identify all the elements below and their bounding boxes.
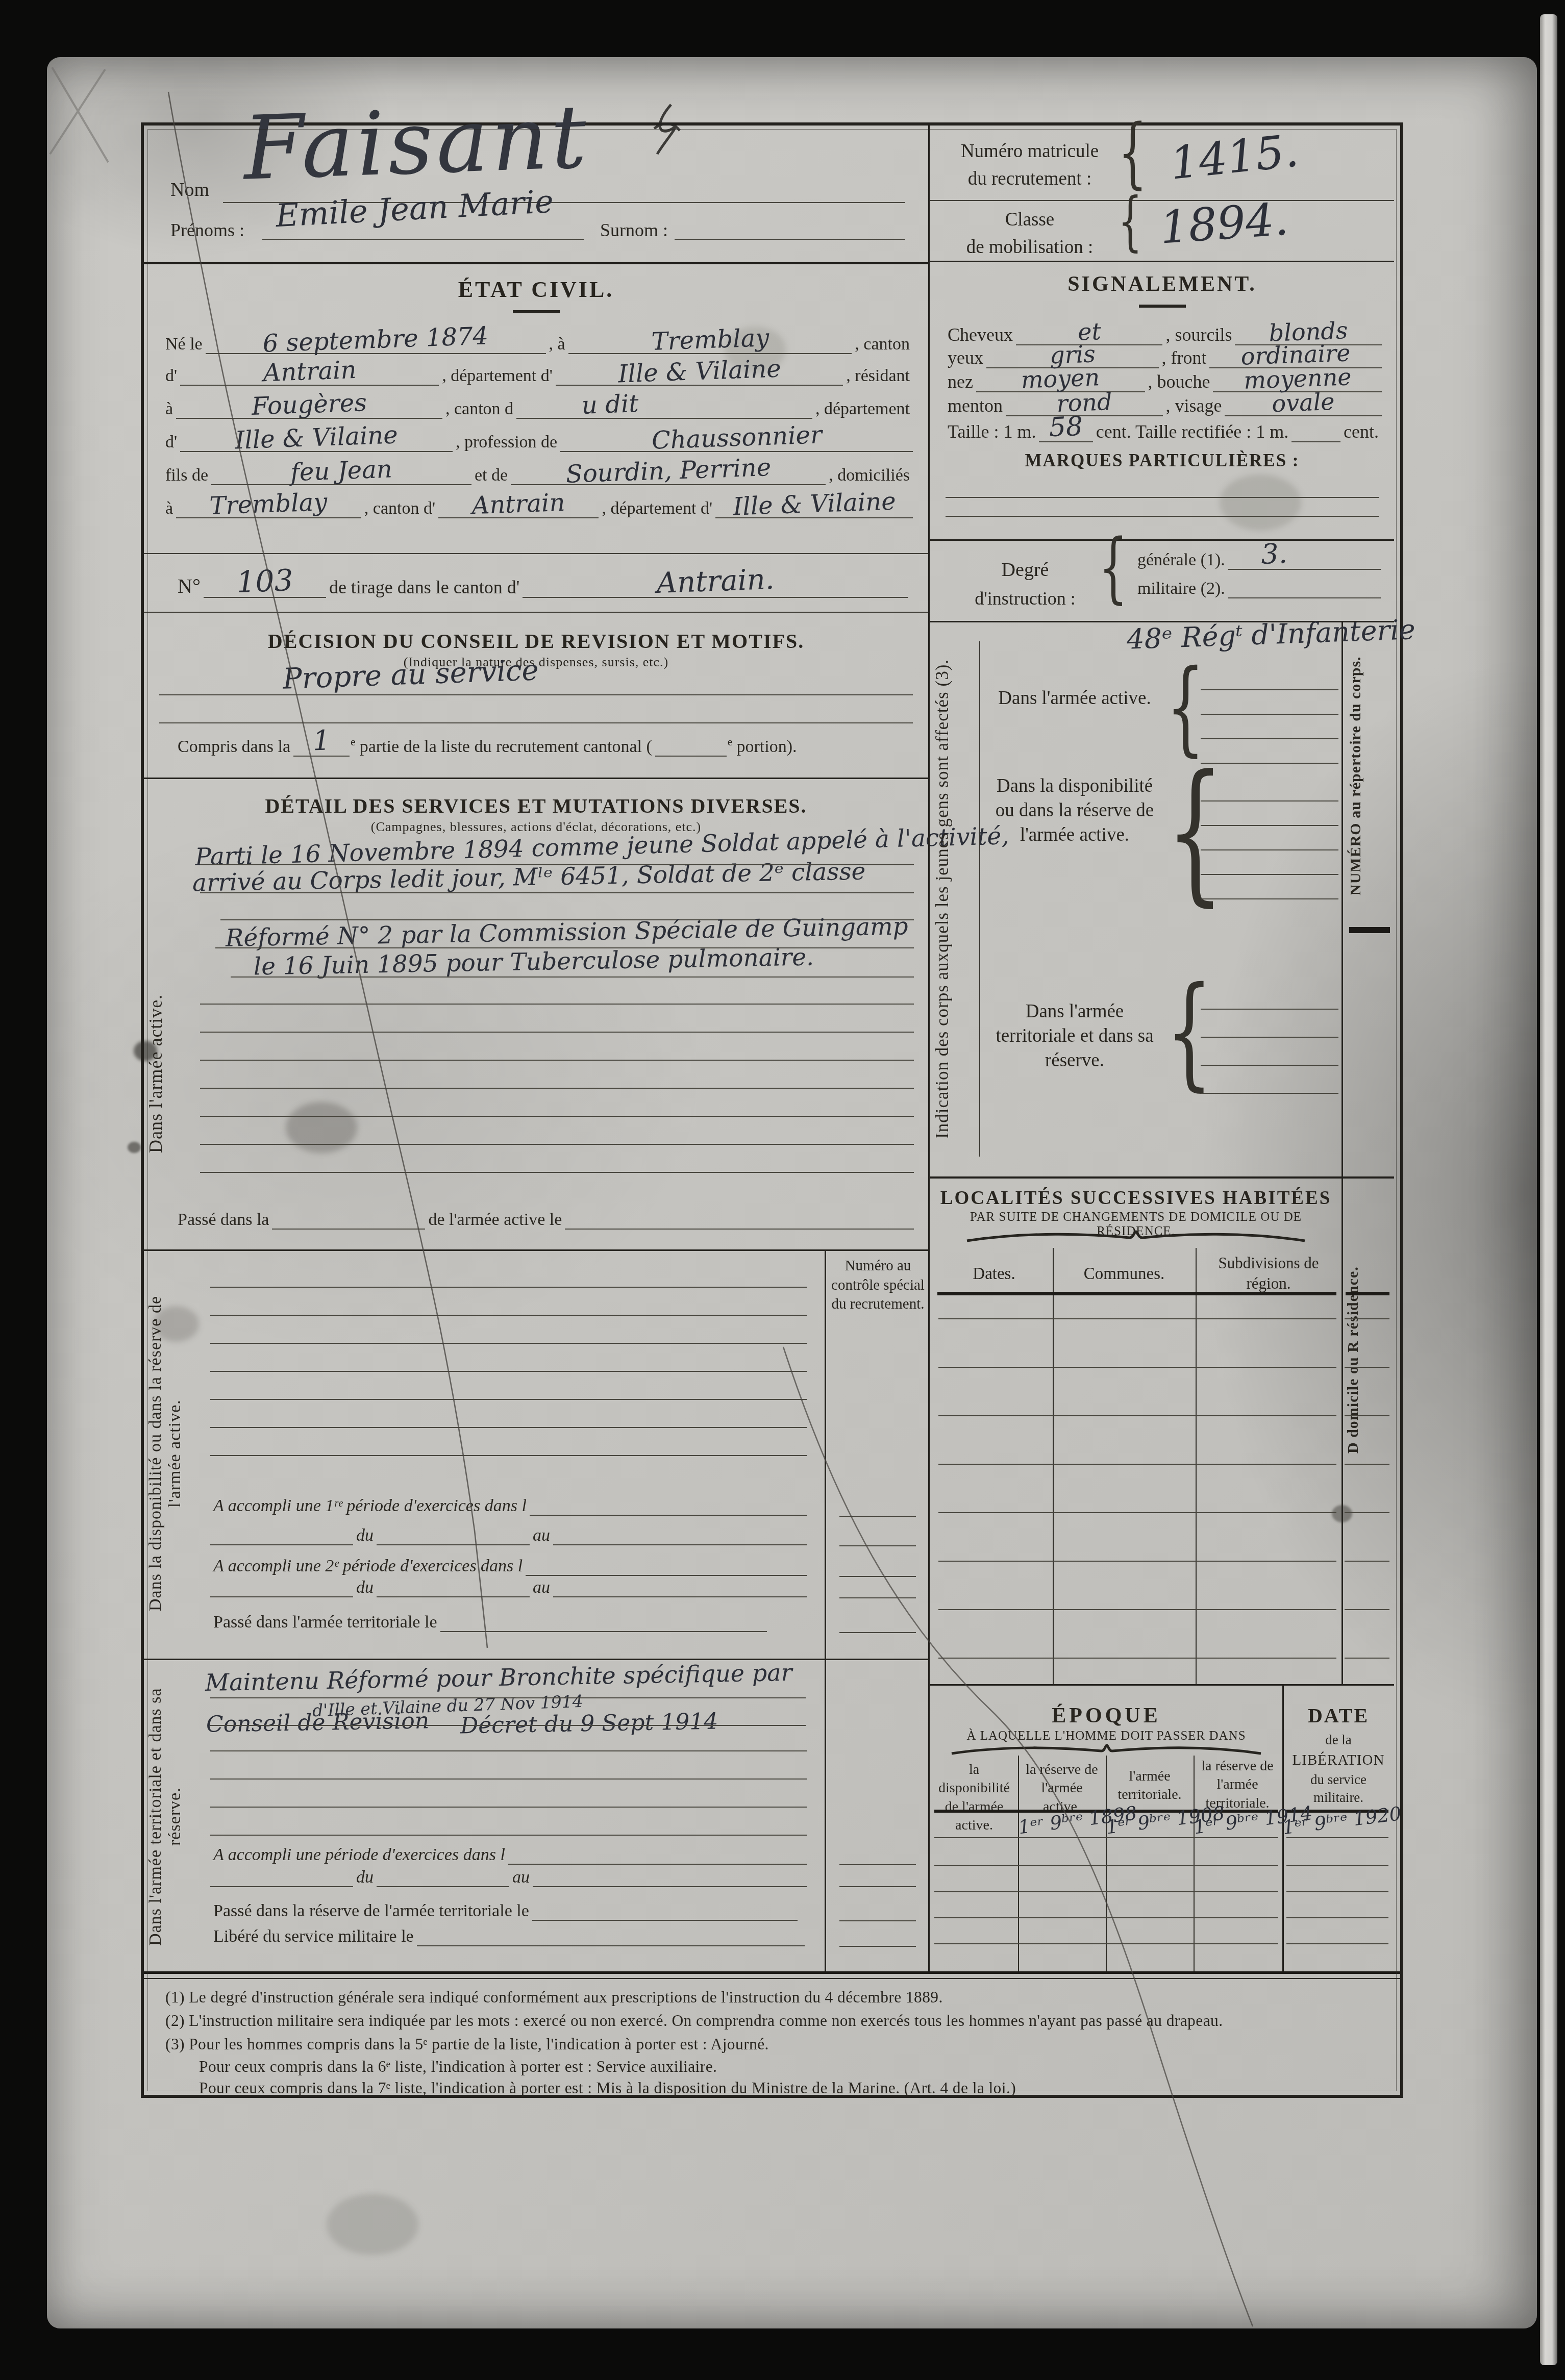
rule-line	[934, 1943, 1278, 1944]
rule-line	[1345, 1464, 1389, 1465]
corps-group3-label: Dans l'armée territoriale et dans sa rés…	[985, 999, 1164, 1073]
etat-civil-row: d' Antrain , département d' Ille & Vilai…	[162, 354, 913, 386]
label: au	[530, 1578, 553, 1597]
side-rule	[979, 641, 980, 1157]
footnote-4: Pour ceux compris dans la 6ᵉ liste, l'in…	[199, 2058, 717, 2076]
hand-value: 6 septembre 1874	[262, 323, 489, 356]
label: et de	[471, 466, 511, 485]
du-au-row: du au	[210, 1519, 807, 1545]
du-au-row: du au	[210, 1571, 807, 1597]
rule-line	[210, 1750, 807, 1751]
label: Passé dans la réserve de l'armée territo…	[210, 1901, 532, 1921]
rule-line	[1345, 1415, 1389, 1416]
stain	[327, 2194, 418, 2255]
rule-line	[210, 1287, 807, 1288]
label: , canton	[852, 335, 913, 354]
rule-line	[839, 1576, 916, 1577]
fill	[272, 1229, 425, 1230]
periode1-row: A accompli une 1ʳᵉ période d'exercices d…	[210, 1487, 807, 1516]
rule-line	[1201, 1065, 1338, 1066]
rule-line	[200, 1172, 914, 1173]
rule-line	[839, 1864, 916, 1865]
corps-group1-label: Dans l'armée active.	[985, 686, 1164, 711]
fill	[210, 1596, 353, 1597]
footnote-1: (1) Le degré d'instruction générale sera…	[165, 1988, 943, 2007]
rule-line	[1286, 1891, 1388, 1892]
ruled-lines	[946, 261, 1379, 539]
rule-line	[934, 1865, 1278, 1866]
label: d'	[162, 366, 180, 386]
rule-line	[159, 722, 913, 723]
label: , département	[812, 399, 913, 419]
classe-block: Classe de mobilisation : { 1894.	[930, 200, 1394, 262]
label: Numéro matricule	[946, 138, 1114, 165]
label: fils de	[162, 466, 211, 485]
superscript: e	[727, 735, 734, 748]
label: à	[162, 399, 176, 419]
rule-line	[200, 1088, 914, 1089]
label: au	[530, 1526, 553, 1545]
rule-line	[1201, 1093, 1338, 1094]
ruled-lines	[938, 1176, 1336, 1684]
label: du	[353, 1868, 377, 1887]
rule-line	[938, 1561, 1336, 1562]
rule-line	[262, 239, 584, 240]
fill	[377, 1544, 530, 1545]
rule-line	[839, 1545, 916, 1546]
hand-value: Sourdin, Perrine	[565, 455, 772, 487]
fill	[210, 1544, 353, 1545]
rule-line	[839, 1920, 916, 1921]
degre-section: Degré d'instruction : { générale (1). 3.…	[930, 539, 1394, 622]
fill	[440, 1631, 767, 1632]
label: Passé dans l'armée territoriale le	[210, 1613, 440, 1632]
prenoms-label: Prénoms :	[167, 219, 247, 241]
hand-value: Tremblay	[209, 490, 328, 518]
rule-line	[200, 1060, 914, 1061]
label: à	[162, 499, 176, 518]
services-section: DÉTAIL DES SERVICES ET MUTATIONS DIVERSE…	[144, 778, 928, 1251]
footnote-3: (3) Pour les hommes compris dans la 5ᵉ p…	[165, 2035, 769, 2053]
rule-line	[200, 1116, 914, 1117]
label: de tirage dans le canton d'	[326, 577, 523, 598]
label: A accompli une 1ʳᵉ période d'exercices d…	[210, 1496, 530, 1516]
fill: Antrain	[438, 517, 599, 518]
rule-line	[839, 1632, 916, 1633]
brace-icon: {	[1099, 538, 1128, 598]
hand-value: Antrain	[263, 358, 357, 385]
passe-active-row: Passé dans la de l'armée active le	[175, 1200, 914, 1230]
rule-line	[675, 239, 905, 240]
fill: Fougères	[176, 418, 442, 419]
disponibilite-side-label: Dans la disponibilité ou dans la réserve…	[146, 1280, 195, 1627]
rule-line	[934, 1891, 1278, 1892]
fill: 1	[293, 756, 350, 757]
fill	[1228, 597, 1381, 598]
degre-label: Degré d'instruction :	[949, 556, 1102, 612]
fill	[530, 1515, 807, 1516]
label: Classe	[946, 206, 1114, 234]
rule-line	[144, 1978, 1400, 1979]
label: , à	[546, 335, 568, 354]
rule-line	[210, 1399, 807, 1400]
label: N°	[175, 574, 204, 598]
fill	[377, 1886, 509, 1887]
name-block: Nom Faisant Prénoms : Emile Jean Marie S…	[144, 126, 928, 264]
rule-line	[210, 1315, 807, 1316]
ruled-lines	[200, 778, 914, 1249]
numero-repertoire-label: NUMÉRO au répertoire du corps.	[1347, 633, 1391, 919]
rule-line	[1201, 1037, 1338, 1038]
rule-line	[938, 1658, 1336, 1659]
fill: Chaussonnier	[560, 451, 913, 452]
hand-value: Ille & Vilaine	[617, 356, 781, 386]
fill	[417, 1945, 805, 1946]
label: , département d'	[439, 366, 556, 386]
hand-value: 1	[312, 726, 331, 755]
rule-line	[1345, 1609, 1389, 1610]
fill	[655, 756, 727, 757]
ink-spot	[128, 1142, 141, 1153]
degre-generale-row: générale (1). 3.	[1134, 544, 1381, 570]
label: du	[353, 1526, 377, 1545]
etat-civil-row: fils de feu Jean et de Sourdin, Perrine …	[162, 454, 913, 485]
fill	[553, 1596, 807, 1597]
rule-line	[210, 1835, 807, 1836]
hand-value: 103	[236, 565, 294, 597]
decision-value: Propre au service	[282, 656, 539, 693]
column-border	[1342, 1176, 1343, 1684]
label: Libéré du service militaire le	[210, 1927, 417, 1946]
label: , résidant	[843, 366, 913, 386]
etat-civil-row: d' Ille & Vilaine , profession de Chauss…	[162, 420, 913, 452]
book-page-edge	[1540, 14, 1557, 2365]
decision-section: DÉCISION DU CONSEIL DE REVISION ET MOTIF…	[144, 612, 928, 779]
libere-row: Libéré du service militaire le	[210, 1919, 807, 1946]
fill: Ille & Vilaine	[556, 385, 843, 386]
label: , canton d	[442, 399, 516, 419]
label: portion).	[734, 737, 800, 757]
corps-group2-label: Dans la disponibilité ou dans la réserve…	[985, 774, 1164, 847]
corps-section: Indication des corps auxquels les jeunes…	[930, 621, 1394, 1179]
ruled-lines	[1345, 1176, 1389, 1684]
numero-controle-column: Numéro au contrôle spécial du recrutemen…	[825, 1249, 930, 1659]
fill: 3.	[1228, 569, 1381, 570]
passe-territoriale-row: Passé dans l'armée territoriale le	[210, 1604, 807, 1632]
ruled-lines	[1286, 1684, 1388, 1971]
brace-icon: {	[1118, 123, 1147, 183]
rule-line	[1345, 1512, 1389, 1513]
fill: Sourdin, Perrine	[511, 484, 826, 485]
ruled-lines	[934, 1684, 1278, 1971]
scanned-document: Nom Faisant Prénoms : Emile Jean Marie S…	[0, 0, 1565, 2380]
rule-line	[839, 1597, 916, 1598]
rule-line	[938, 1464, 1336, 1465]
fill: Antrain.	[523, 597, 908, 598]
rule-line	[938, 1367, 1336, 1368]
rule-line	[210, 1778, 807, 1780]
hand-value: Antrain.	[656, 565, 775, 598]
rule-line	[210, 1807, 807, 1808]
rule-line	[210, 1371, 807, 1372]
rule-line	[210, 1455, 807, 1456]
column-divider	[928, 126, 930, 1971]
hand-value: u dit	[581, 391, 639, 418]
matricule-value: 1415.	[1168, 128, 1301, 186]
classe-label: Classe de mobilisation :	[946, 206, 1114, 261]
label: , domiciliés	[826, 466, 913, 485]
rule-line	[1345, 1561, 1389, 1562]
fill: Antrain	[180, 385, 439, 386]
label: Compris dans la	[175, 737, 293, 757]
rule-line	[1286, 1943, 1388, 1944]
label: , profession de	[453, 433, 560, 452]
hand-value: Tremblay	[651, 325, 769, 354]
fill	[210, 1886, 353, 1887]
tirage-row: N° 103 de tirage dans le canton d' Antra…	[175, 565, 908, 598]
rule-line	[1201, 1009, 1338, 1010]
etat-civil-title: ÉTAT CIVIL.	[144, 277, 928, 303]
territoriale-section: Dans l'armée territoriale et dans sa rés…	[144, 1659, 928, 1971]
footnote-5: Pour ceux compris dans la 7ᵉ liste, l'in…	[199, 2079, 1016, 2097]
numero-controle-header: Numéro au contrôle spécial du recrutemen…	[830, 1257, 926, 1314]
rule-line	[946, 497, 1379, 498]
rule-line	[1286, 1917, 1388, 1918]
fill	[565, 1229, 914, 1230]
label: de l'armée active le	[425, 1210, 565, 1230]
rule-line	[210, 1343, 807, 1344]
services-side-label: Dans l'armée active.	[145, 931, 177, 1216]
label: Passé dans la	[175, 1210, 272, 1230]
rule-line	[159, 694, 913, 695]
nom-label: Nom	[167, 179, 212, 201]
etat-civil-row: Né le 6 septembre 1874 , à Tremblay , ca…	[162, 322, 913, 354]
footnote-2: (2) L'instruction militaire sera indiqué…	[165, 2012, 1223, 2030]
hand-value: Chaussonnier	[651, 422, 822, 453]
periode-row: A accompli une période d'exercices dans …	[210, 1837, 807, 1865]
fill: 103	[204, 597, 326, 598]
hand-value: Ille & Vilaine	[235, 422, 399, 453]
rule-line	[938, 1512, 1336, 1513]
superscript: e	[350, 735, 357, 748]
fill	[553, 1544, 807, 1545]
hand-value: Antrain	[471, 490, 565, 518]
label: , département d'	[599, 499, 715, 518]
fiche-matricule-form: Nom Faisant Prénoms : Emile Jean Marie S…	[141, 122, 1403, 2098]
title-rule	[513, 310, 560, 313]
degre-militaire-row: militaire (2).	[1134, 573, 1381, 598]
label: Degré	[949, 556, 1102, 585]
rule-line	[210, 1427, 807, 1428]
matricule-label: Numéro matricule du recrutement :	[946, 138, 1114, 192]
hand-value: 3.	[1260, 540, 1287, 568]
hand-value: feu Jean	[290, 457, 392, 485]
corps-side-label: Indication des corps auxquels les jeunes…	[932, 636, 962, 1162]
fill: Ille & Vilaine	[715, 517, 913, 518]
matricule-block: Numéro matricule du recrutement : { 1415…	[930, 126, 1394, 201]
rule-line	[200, 1144, 914, 1145]
nom-value: Faisant	[242, 93, 591, 193]
brace-icon: {	[1166, 668, 1205, 747]
rule-line	[200, 1032, 914, 1033]
etat-civil-row: à Fougères , canton d u dit , départemen…	[162, 387, 913, 419]
passe-reserve-row: Passé dans la réserve de l'armée territo…	[210, 1893, 807, 1921]
tirage-section: N° 103 de tirage dans le canton d' Antra…	[144, 553, 928, 613]
localites-section: LOCALITÉS SUCCESSIVES HABITÉES PAR SUITE…	[930, 1176, 1394, 1686]
numero-controle-column	[825, 1659, 930, 1971]
compris-row: Compris dans la 1 e partie de la liste d…	[175, 728, 908, 757]
ruled-lines	[1201, 621, 1338, 1176]
disponibilite-section: Dans la disponibilité ou dans la réserve…	[144, 1249, 928, 1660]
rule-line	[938, 1318, 1336, 1319]
etat-civil-section: ÉTAT CIVIL. Né le 6 septembre 1874 , à T…	[144, 262, 928, 554]
rule-line	[946, 516, 1379, 517]
fill: Ille & Vilaine	[180, 451, 453, 452]
etat-civil-row: à Tremblay , canton d' Antrain , départe…	[162, 487, 913, 518]
fill	[533, 1886, 807, 1887]
label: militaire (2).	[1134, 579, 1228, 598]
surnom-label: Surnom :	[597, 219, 671, 241]
rule-line	[839, 1946, 916, 1947]
label: partie de la liste du recrutement canton…	[357, 737, 655, 757]
label: du	[353, 1578, 377, 1597]
rule-line	[1345, 1658, 1389, 1659]
rule-line	[839, 1516, 916, 1517]
label: de mobilisation :	[946, 234, 1114, 261]
rule-line	[1345, 1318, 1389, 1319]
fill	[377, 1596, 530, 1597]
brace-icon: {	[1118, 197, 1142, 247]
fill: feu Jean	[211, 484, 471, 485]
label: , canton d'	[361, 499, 438, 518]
rule-line	[1286, 1865, 1388, 1866]
territoriale-side-label: Dans l'armée territoriale et dans sa rés…	[146, 1679, 195, 1955]
hand-value: Ille & Vilaine	[732, 489, 896, 519]
footnotes-section: (1) Le degré d'instruction générale sera…	[144, 1971, 1400, 2097]
numero-repertoire-column: NUMÉRO au répertoire du corps.	[1342, 621, 1396, 1176]
rule-line	[938, 1609, 1336, 1610]
label: au	[509, 1868, 533, 1887]
decision-title: DÉCISION DU CONSEIL DE REVISION ET MOTIF…	[144, 629, 928, 653]
classe-value: 1894.	[1158, 196, 1289, 250]
epoque-section: ÉPOQUE À LAQUELLE L'HOMME DOIT PASSER DA…	[930, 1684, 1394, 1971]
signalement-section: SIGNALEMENT. Cheveux et , sourcils blond…	[930, 261, 1394, 541]
label: d'	[162, 433, 180, 452]
label: d'instruction :	[949, 585, 1102, 612]
label: Né le	[162, 335, 206, 354]
label: générale (1).	[1134, 550, 1228, 570]
rule-line	[934, 1917, 1278, 1918]
fill: Tremblay	[176, 517, 361, 518]
label: du recrutement :	[946, 165, 1114, 193]
rule-line	[1345, 1367, 1389, 1368]
hand-value: Fougères	[251, 390, 367, 419]
rule-line	[839, 1886, 916, 1887]
column-mark	[1349, 927, 1390, 933]
rule-line	[200, 1004, 914, 1005]
du-au-row: du au	[210, 1862, 807, 1887]
rule-line	[938, 1415, 1336, 1416]
fill: u dit	[516, 418, 812, 419]
